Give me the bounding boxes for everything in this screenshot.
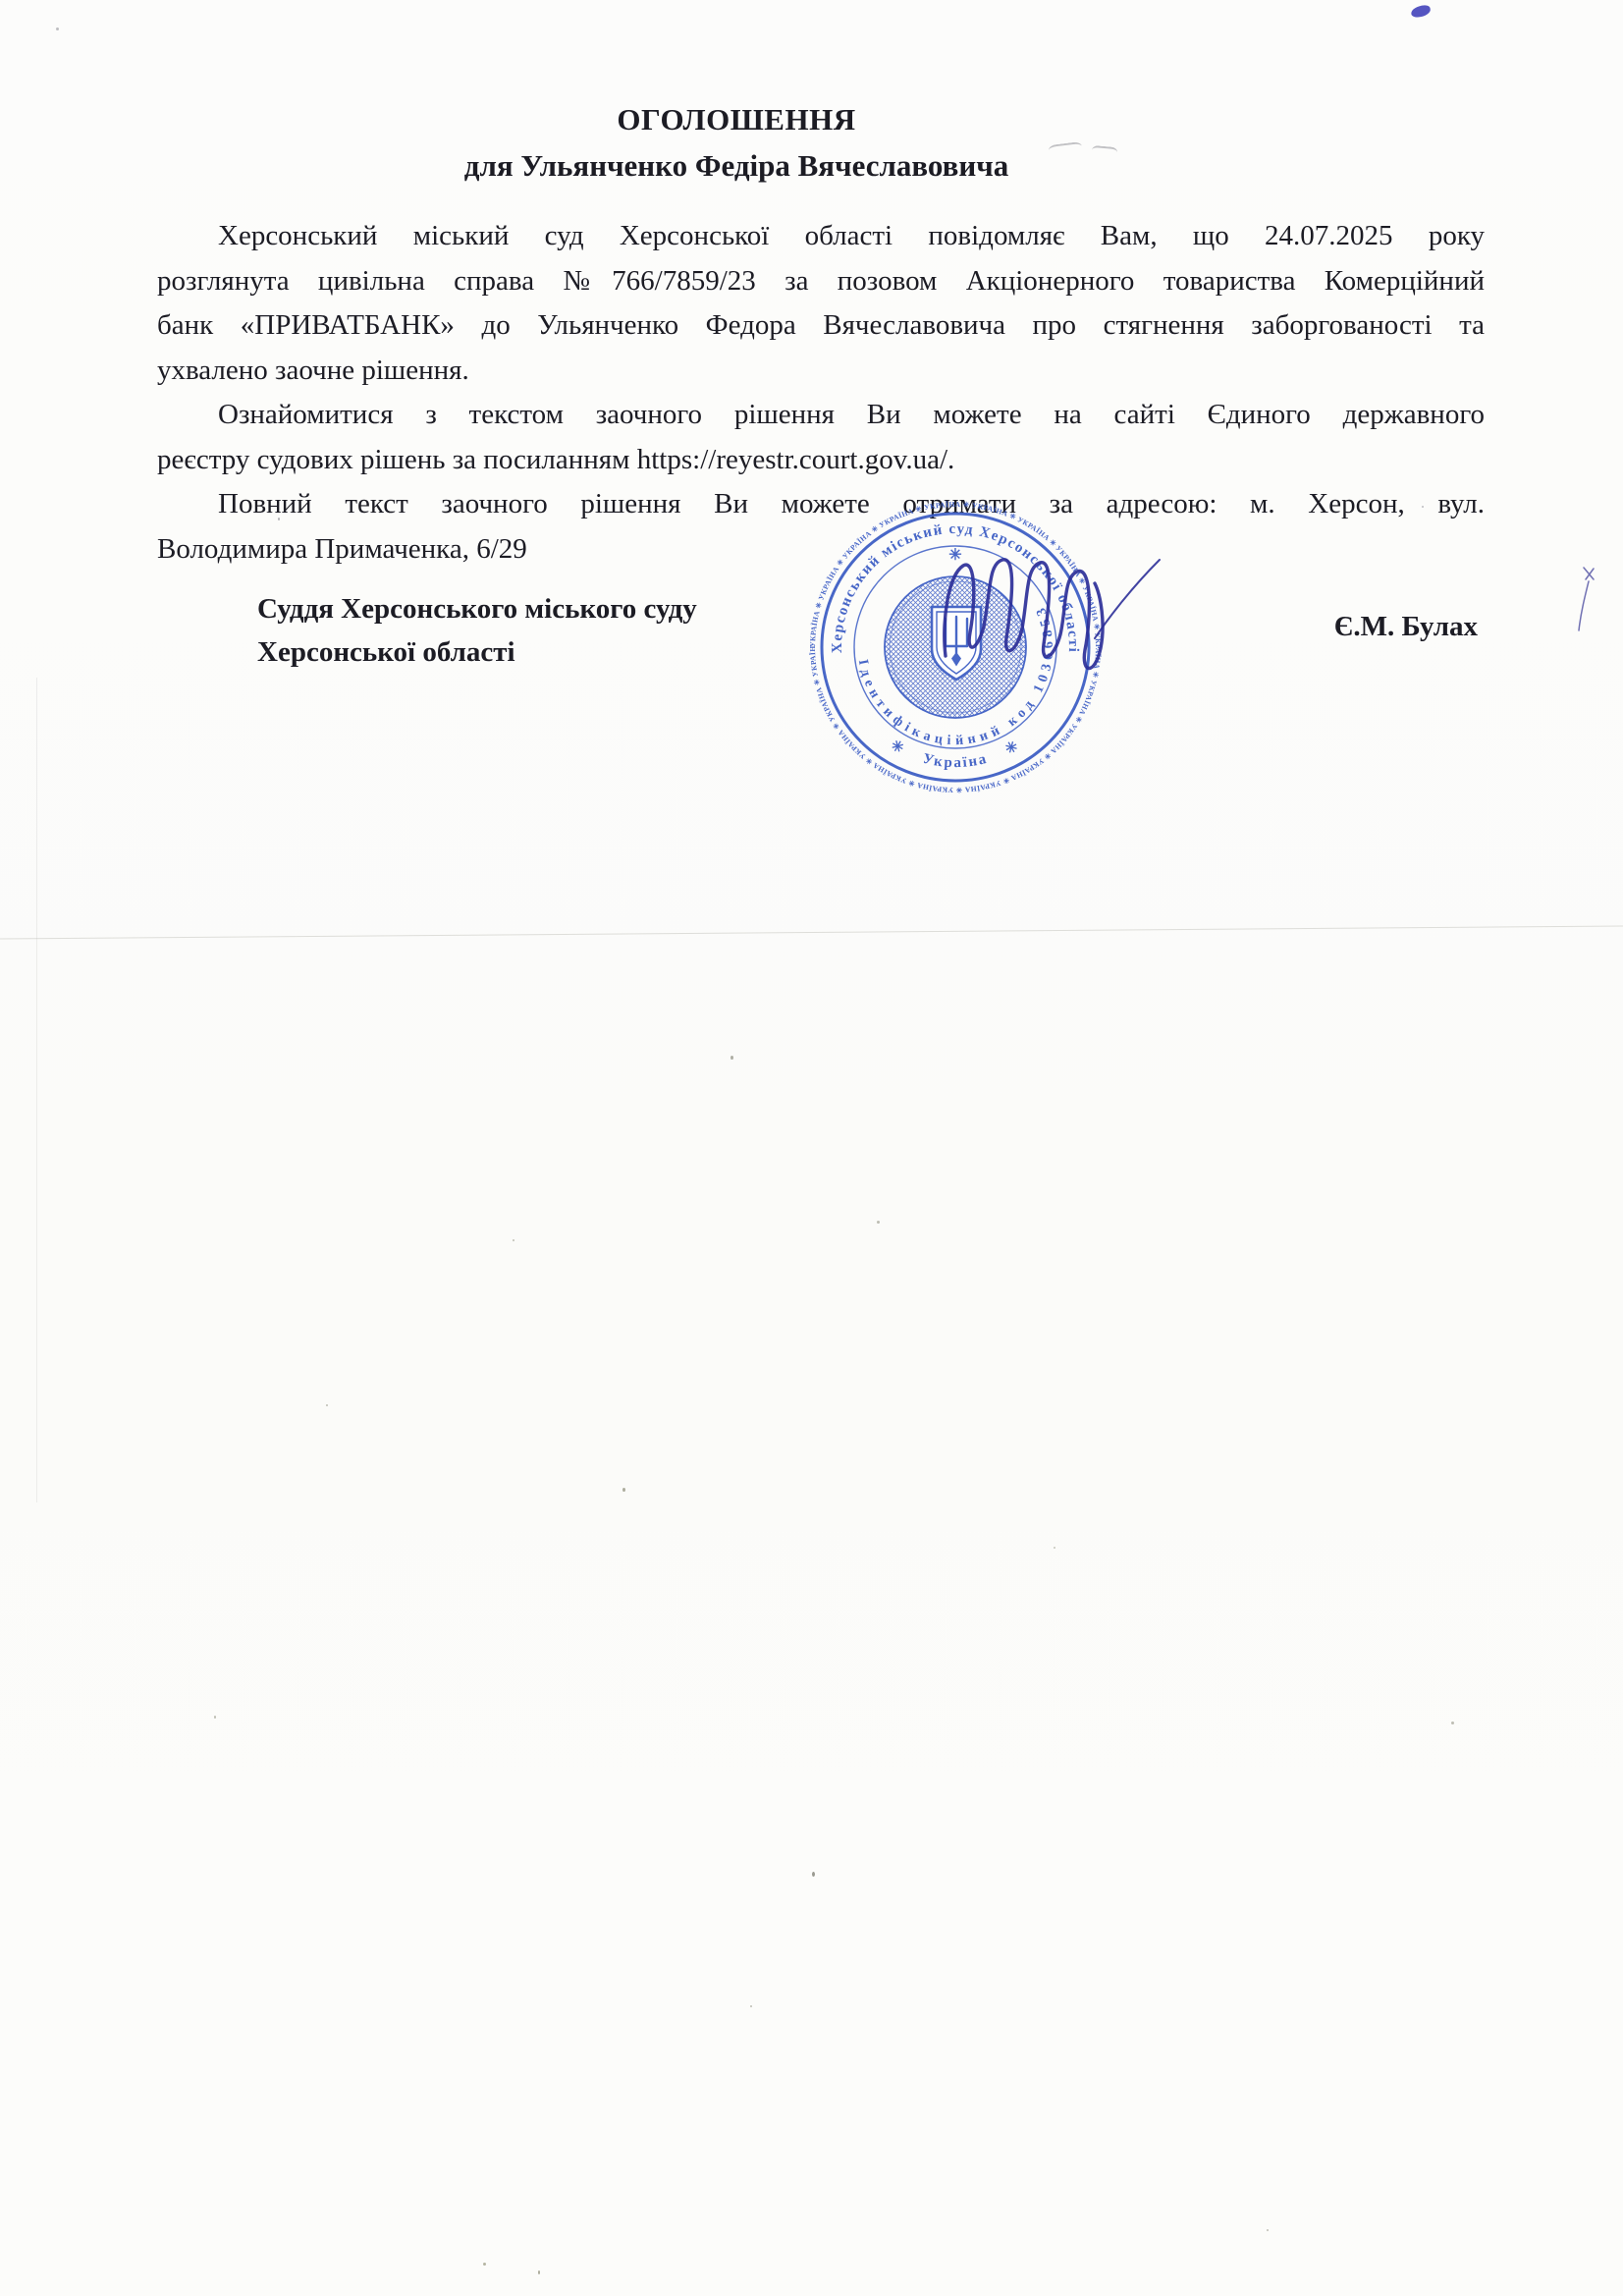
ink-blob-artifact — [1410, 4, 1432, 19]
judge-title-line: Херсонської області — [257, 630, 697, 674]
ink-scratch-artifact — [1576, 562, 1619, 636]
judge-name: Є.М. Булах — [1334, 605, 1478, 648]
scan-speck — [812, 1872, 815, 1877]
judge-title: Суддя Херсонського міського суду Херсонс… — [257, 587, 697, 674]
scan-speck — [622, 1488, 625, 1492]
document-header: ОГОЛОШЕННЯ для Ульянченко Федіра Вячесла… — [157, 102, 1316, 184]
scan-speck — [1422, 506, 1424, 508]
paragraph-case-notice: Херсонський міський суд Херсонської обла… — [157, 214, 1485, 393]
scan-speck — [877, 1221, 880, 1224]
scan-speck — [1451, 1722, 1454, 1724]
body-line: реєстру судових рішень за посиланням htt… — [157, 438, 1485, 483]
body-line: банк «ПРИВАТБАНК» до Ульянченко Федора В… — [157, 303, 1485, 349]
body-line: розглянута цивільна справа №766/7859/23 … — [157, 259, 1485, 304]
scan-crease-line — [0, 926, 1623, 940]
scan-speck — [483, 2263, 486, 2266]
scan-speck — [750, 2005, 752, 2007]
scan-speck — [1267, 2229, 1269, 2231]
body-line: Херсонський міський суд Херсонської обла… — [157, 214, 1485, 259]
body-line: ухвалено заочне рішення. — [157, 349, 1485, 394]
scan-speck — [214, 1716, 216, 1719]
scan-crease-left — [36, 678, 37, 1503]
scan-speck — [326, 1404, 328, 1406]
judge-signature-ink — [928, 530, 1173, 687]
body-line: Ознайомитися з текстом заочного рішення … — [157, 393, 1485, 438]
document-title: ОГОЛОШЕННЯ — [157, 102, 1316, 137]
document-subtitle: для Ульянченко Федіра Вячеславовича — [157, 148, 1316, 184]
paragraph-registry-link: Ознайомитися з текстом заочного рішення … — [157, 393, 1485, 482]
scan-speck — [513, 1239, 514, 1241]
scanned-court-document: ОГОЛОШЕННЯ для Ульянченко Федіра Вячесла… — [0, 0, 1623, 2296]
scan-speck — [730, 1056, 733, 1060]
judge-title-line: Суддя Херсонського міського суду — [257, 587, 697, 630]
scan-speck — [278, 518, 280, 520]
scan-speck — [538, 2270, 540, 2274]
scan-speck — [56, 27, 59, 30]
scan-speck — [1054, 1547, 1055, 1549]
